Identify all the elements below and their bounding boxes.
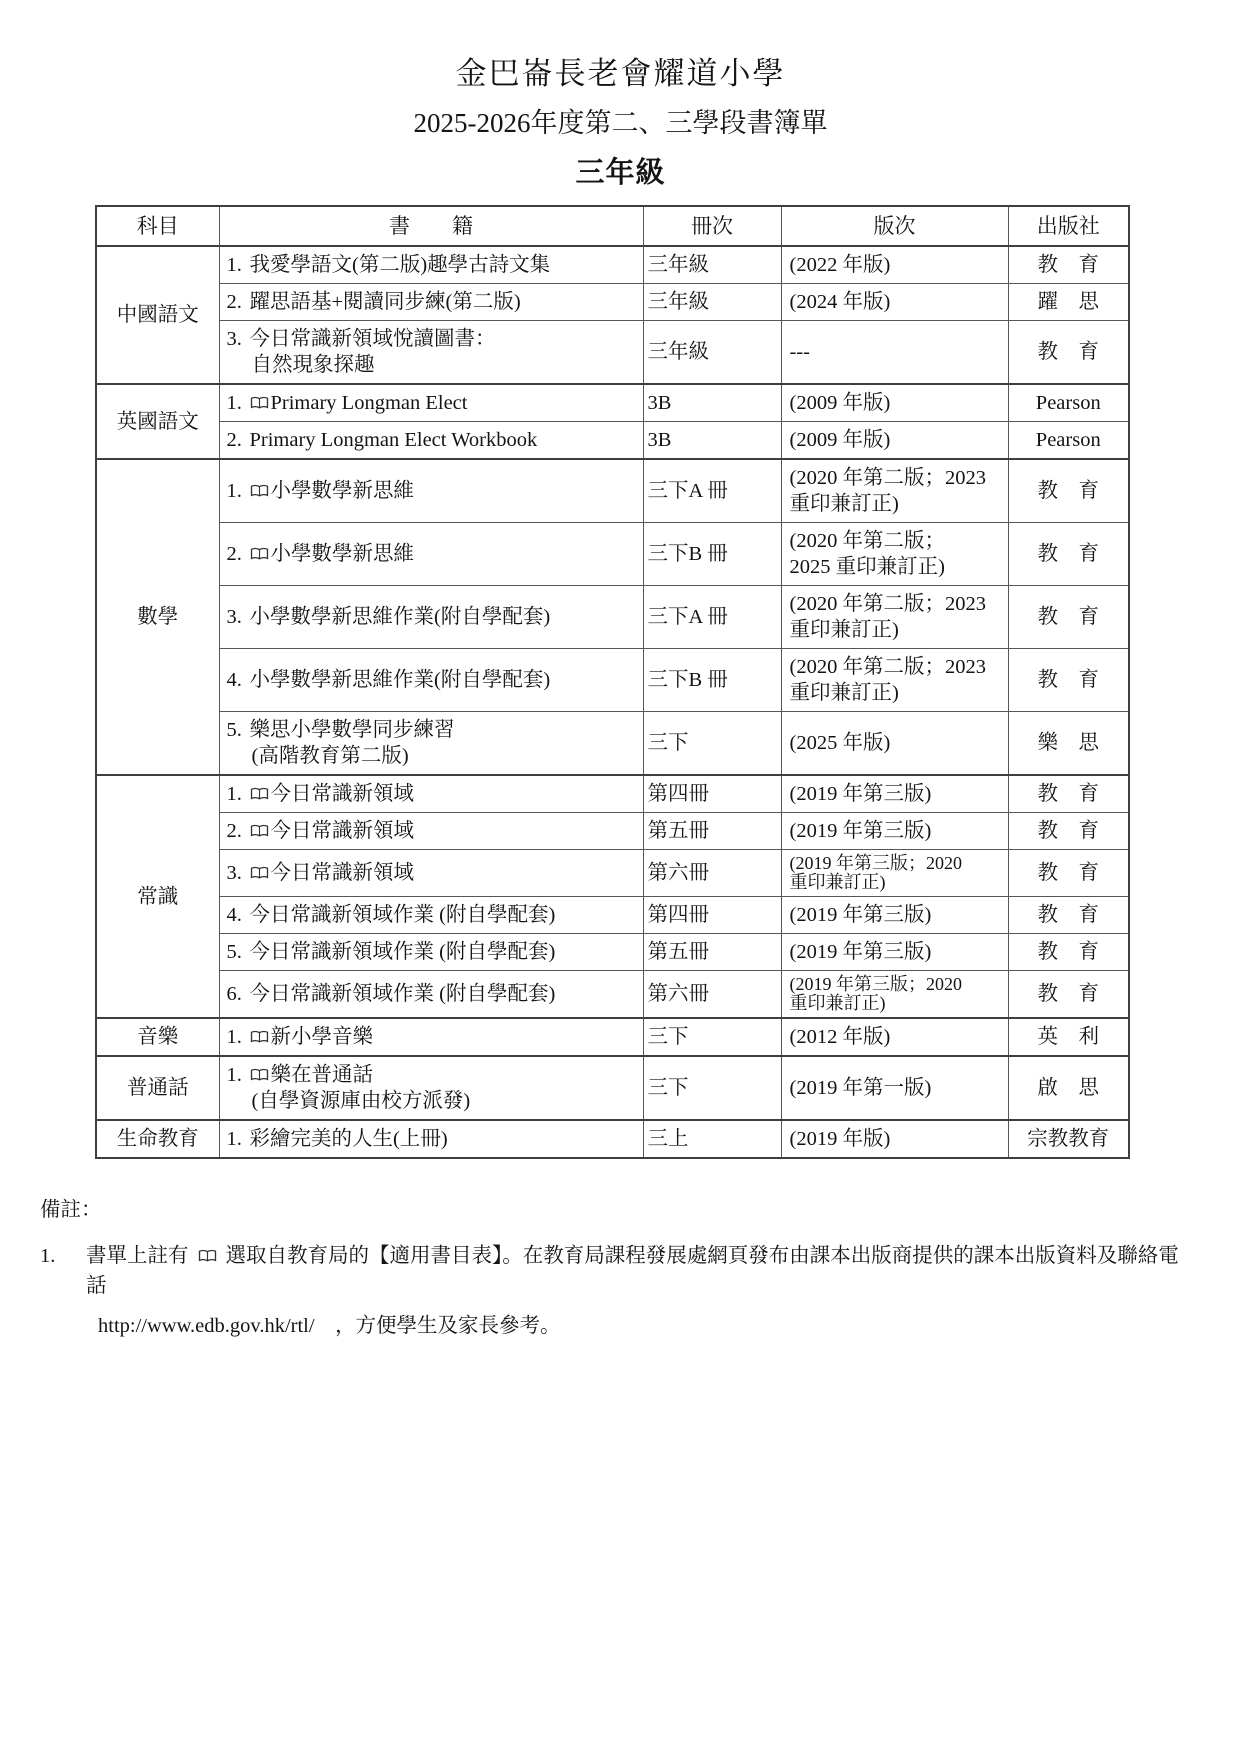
document-subtitle: 2025-2026年度第二、三學段書簿單: [0, 101, 1241, 140]
publisher-cell: 躍 思: [1008, 284, 1129, 321]
subject-cell: 數學: [96, 459, 219, 775]
publisher-cell: Pearson: [1008, 422, 1129, 460]
volume-cell: 3B: [643, 384, 781, 422]
edition-cell: (2020 年第二版；2023重印兼訂正): [781, 459, 1008, 523]
publisher-cell: 教 育: [1008, 459, 1129, 523]
book-cell: 4.小學數學新思維作業(附自學配套): [219, 649, 643, 712]
volume-cell: 三年級: [643, 246, 781, 284]
table-row: 6.今日常識新領域作業 (附自學配套) 第六冊 (2019 年第三版；2020重…: [96, 971, 1129, 1019]
book-number: 2.: [227, 818, 250, 844]
book-cell: 2.小學數學新思維: [219, 523, 643, 586]
table-row: 生命教育 1.彩繪完美的人生(上冊) 三上 (2019 年版) 宗教教育: [96, 1120, 1129, 1158]
publisher-cell: 教 育: [1008, 775, 1129, 813]
note-item-1: 1. 書單上註有選取自教育局的【適用書目表】。在教育局課程發展處網頁發布由課本出…: [40, 1241, 1181, 1341]
header-edition: 版次: [781, 206, 1008, 246]
publisher-cell: Pearson: [1008, 384, 1129, 422]
book-title: 樂思小學數學同步練習: [250, 719, 455, 741]
publisher-cell: 樂 思: [1008, 712, 1129, 776]
book-cell: 2.躍思語基+閱讀同步練(第二版): [219, 284, 643, 321]
note-line2: http://www.edb.gov.hk/rtl/ ，方便學生及家長參考。: [98, 1311, 1181, 1341]
book-number: 4.: [227, 667, 250, 693]
table-row: 中國語文 1.我愛學語文(第二版)趣學古詩文集 三年級 (2022 年版) 教 …: [96, 246, 1129, 284]
book-number: 5.: [227, 939, 250, 965]
book-cell: 1.小學數學新思維: [219, 459, 643, 523]
edb-url: http://www.edb.gov.hk/rtl/: [98, 1315, 315, 1337]
publisher-cell: 英 利: [1008, 1018, 1129, 1056]
header-volume: 冊次: [643, 206, 781, 246]
book-title: Primary Longman Elect: [271, 392, 468, 414]
book-cell: 5.樂思小學數學同步練習(高階教育第二版): [219, 712, 643, 776]
table-row: 5.樂思小學數學同步練習(高階教育第二版) 三下 (2025 年版) 樂 思: [96, 712, 1129, 776]
publisher-cell: 教 育: [1008, 586, 1129, 649]
edition-cell: (2019 年版): [781, 1120, 1008, 1158]
subject-cell: 中國語文: [96, 246, 219, 384]
table-row: 4.小學數學新思維作業(附自學配套) 三下B 冊 (2020 年第二版；2023…: [96, 649, 1129, 712]
header-subject: 科目: [96, 206, 219, 246]
book-cell: 1.Primary Longman Elect: [219, 384, 643, 422]
book-title: 今日常識新領域悅讀圖書：: [250, 328, 496, 350]
volume-cell: 三上: [643, 1120, 781, 1158]
notes-label: 備註：: [40, 1195, 1181, 1225]
publisher-cell: 教 育: [1008, 523, 1129, 586]
volume-cell: 三下A 冊: [643, 586, 781, 649]
table-header-row: 科目 書 籍 冊次 版次 出版社: [96, 206, 1129, 246]
book-title: 彩繪完美的人生(上冊): [250, 1128, 448, 1150]
edb-book-icon: [250, 1068, 269, 1082]
book-cell: 3.今日常識新領域: [219, 850, 643, 897]
edition-cell: (2024 年版): [781, 284, 1008, 321]
book-cell: 4.今日常識新領域作業 (附自學配套): [219, 897, 643, 934]
volume-cell: 三年級: [643, 321, 781, 385]
volume-cell: 三下B 冊: [643, 649, 781, 712]
volume-cell: 第五冊: [643, 934, 781, 971]
edition-cell: (2019 年第一版): [781, 1056, 1008, 1120]
publisher-cell: 教 育: [1008, 649, 1129, 712]
table-row: 英國語文 1.Primary Longman Elect 3B (2009 年版…: [96, 384, 1129, 422]
volume-cell: 第四冊: [643, 775, 781, 813]
book-number: 6.: [227, 981, 250, 1007]
book-title: 樂在普通話: [271, 1064, 374, 1086]
book-title: 今日常識新領域: [271, 820, 415, 842]
book-title: 今日常識新領域: [271, 783, 415, 805]
table-row: 5.今日常識新領域作業 (附自學配套) 第五冊 (2019 年第三版) 教 育: [96, 934, 1129, 971]
publisher-cell: 教 育: [1008, 971, 1129, 1019]
table-row: 2.Primary Longman Elect Workbook 3B (200…: [96, 422, 1129, 460]
title-block: 金巴崙長老會耀道小學 2025-2026年度第二、三學段書簿單 三年級: [0, 0, 1241, 191]
book-title: 小學數學新思維作業(附自學配套): [250, 669, 551, 691]
table-row: 常識 1.今日常識新領域 第四冊 (2019 年第三版) 教 育: [96, 775, 1129, 813]
note-text: 書單上註有選取自教育局的【適用書目表】。在教育局課程發展處網頁發布由課本出版商提…: [86, 1241, 1181, 1341]
edition-cell: (2019 年第三版；2020重印兼訂正): [781, 971, 1008, 1019]
edition-cell: (2025 年版): [781, 712, 1008, 776]
book-title: 我愛學語文(第二版)趣學古詩文集: [250, 254, 551, 276]
book-title-line2: 自然現象探趣: [252, 352, 637, 378]
book-cell: 3.小學數學新思維作業(附自學配套): [219, 586, 643, 649]
publisher-cell: 教 育: [1008, 246, 1129, 284]
edition-cell: ---: [781, 321, 1008, 385]
book-title: 小學數學新思維: [271, 480, 415, 502]
table-row: 3.今日常識新領域 第六冊 (2019 年第三版；2020重印兼訂正) 教 育: [96, 850, 1129, 897]
edb-book-icon: [250, 1030, 269, 1044]
header-publisher: 出版社: [1008, 206, 1129, 246]
publisher-cell: 教 育: [1008, 321, 1129, 385]
book-title: 小學數學新思維作業(附自學配套): [250, 606, 551, 628]
publisher-cell: 教 育: [1008, 813, 1129, 850]
edition-cell: (2019 年第三版): [781, 813, 1008, 850]
book-cell: 2.今日常識新領域: [219, 813, 643, 850]
table-row: 2.小學數學新思維 三下B 冊 (2020 年第二版；2025 重印兼訂正) 教…: [96, 523, 1129, 586]
note-number: 1.: [40, 1241, 86, 1341]
book-title: 今日常識新領域作業 (附自學配套): [250, 983, 556, 1005]
edb-book-icon: [250, 396, 269, 410]
notes-section: 備註： 1. 書單上註有選取自教育局的【適用書目表】。在教育局課程發展處網頁發布…: [40, 1195, 1181, 1341]
book-cell: 1.今日常識新領域: [219, 775, 643, 813]
volume-cell: 三下: [643, 712, 781, 776]
book-cell: 1.我愛學語文(第二版)趣學古詩文集: [219, 246, 643, 284]
volume-cell: 三下A 冊: [643, 459, 781, 523]
book-cell: 3.今日常識新領域悅讀圖書：自然現象探趣: [219, 321, 643, 385]
edition-cell: (2022 年版): [781, 246, 1008, 284]
edition-cell: (2009 年版): [781, 384, 1008, 422]
grade-title: 三年級: [0, 150, 1241, 191]
volume-cell: 三下: [643, 1018, 781, 1056]
book-title: 今日常識新領域作業 (附自學配套): [250, 904, 556, 926]
book-title: 新小學音樂: [271, 1026, 374, 1048]
book-number: 1.: [227, 1062, 250, 1088]
edb-book-icon: [250, 866, 269, 880]
volume-cell: 三年級: [643, 284, 781, 321]
book-title-line2: (高階教育第二版): [252, 743, 637, 769]
book-cell: 6.今日常識新領域作業 (附自學配套): [219, 971, 643, 1019]
edition-cell: (2020 年第二版；2023重印兼訂正): [781, 649, 1008, 712]
book-number: 4.: [227, 902, 250, 928]
volume-cell: 三下: [643, 1056, 781, 1120]
volume-cell: 第四冊: [643, 897, 781, 934]
volume-cell: 第六冊: [643, 971, 781, 1019]
edition-cell: (2020 年第二版；2023重印兼訂正): [781, 586, 1008, 649]
book-cell: 1.樂在普通話(自學資源庫由校方派發): [219, 1056, 643, 1120]
table-row: 4.今日常識新領域作業 (附自學配套) 第四冊 (2019 年第三版) 教 育: [96, 897, 1129, 934]
book-cell: 5.今日常識新領域作業 (附自學配套): [219, 934, 643, 971]
edition-cell: (2012 年版): [781, 1018, 1008, 1056]
edition-cell: (2009 年版): [781, 422, 1008, 460]
book-number: 2.: [227, 427, 250, 453]
edition-cell: (2019 年第三版): [781, 897, 1008, 934]
book-title: 躍思語基+閱讀同步練(第二版): [250, 291, 521, 313]
book-title: 今日常識新領域作業 (附自學配套): [250, 941, 556, 963]
volume-cell: 第五冊: [643, 813, 781, 850]
booklist-table: 科目 書 籍 冊次 版次 出版社 中國語文 1.我愛學語文(第二版)趣學古詩文集…: [95, 205, 1130, 1159]
subject-cell: 普通話: [96, 1056, 219, 1120]
book-number: 1.: [227, 252, 250, 278]
subject-cell: 常識: [96, 775, 219, 1018]
edition-cell: (2020 年第二版；2025 重印兼訂正): [781, 523, 1008, 586]
edition-cell: (2019 年第三版): [781, 934, 1008, 971]
booklist-page: 金巴崙長老會耀道小學 2025-2026年度第二、三學段書簿單 三年級 科目 書…: [0, 0, 1241, 1755]
book-cell: 2.Primary Longman Elect Workbook: [219, 422, 643, 460]
publisher-cell: 宗教教育: [1008, 1120, 1129, 1158]
book-number: 3.: [227, 604, 250, 630]
book-cell: 1.彩繪完美的人生(上冊): [219, 1120, 643, 1158]
book-cell: 1.新小學音樂: [219, 1018, 643, 1056]
book-number: 1.: [227, 781, 250, 807]
book-title-line2: (自學資源庫由校方派發): [252, 1088, 637, 1114]
table-row: 數學 1.小學數學新思維 三下A 冊 (2020 年第二版；2023重印兼訂正)…: [96, 459, 1129, 523]
publisher-cell: 教 育: [1008, 934, 1129, 971]
volume-cell: 三下B 冊: [643, 523, 781, 586]
book-title: 小學數學新思維: [271, 543, 415, 565]
table-row: 3.今日常識新領域悅讀圖書：自然現象探趣 三年級 --- 教 育: [96, 321, 1129, 385]
edb-book-icon: [250, 824, 269, 838]
book-number: 3.: [227, 860, 250, 886]
subject-cell: 音樂: [96, 1018, 219, 1056]
subject-cell: 生命教育: [96, 1120, 219, 1158]
book-number: 1.: [227, 390, 250, 416]
publisher-cell: 教 育: [1008, 850, 1129, 897]
book-number: 2.: [227, 289, 250, 315]
book-number: 3.: [227, 326, 250, 352]
table-row: 3.小學數學新思維作業(附自學配套) 三下A 冊 (2020 年第二版；2023…: [96, 586, 1129, 649]
publisher-cell: 啟 思: [1008, 1056, 1129, 1120]
header-book: 書 籍: [219, 206, 643, 246]
edb-book-icon: [250, 484, 269, 498]
book-number: 5.: [227, 717, 250, 743]
table-row: 音樂 1.新小學音樂 三下 (2012 年版) 英 利: [96, 1018, 1129, 1056]
book-number: 2.: [227, 541, 250, 567]
subject-cell: 英國語文: [96, 384, 219, 459]
table-row: 普通話 1.樂在普通話(自學資源庫由校方派發) 三下 (2019 年第一版) 啟…: [96, 1056, 1129, 1120]
volume-cell: 3B: [643, 422, 781, 460]
book-number: 1.: [227, 1126, 250, 1152]
edb-book-icon: [250, 787, 269, 801]
table-row: 2.躍思語基+閱讀同步練(第二版) 三年級 (2024 年版) 躍 思: [96, 284, 1129, 321]
edition-cell: (2019 年第三版): [781, 775, 1008, 813]
table-row: 2.今日常識新領域 第五冊 (2019 年第三版) 教 育: [96, 813, 1129, 850]
book-number: 1.: [227, 478, 250, 504]
edition-cell: (2019 年第三版；2020重印兼訂正): [781, 850, 1008, 897]
edb-book-icon: [250, 547, 269, 561]
edb-book-icon: [198, 1249, 217, 1263]
book-number: 1.: [227, 1024, 250, 1050]
book-title: 今日常識新領域: [271, 862, 415, 884]
school-name: 金巴崙長老會耀道小學: [0, 48, 1241, 93]
publisher-cell: 教 育: [1008, 897, 1129, 934]
book-title: Primary Longman Elect Workbook: [250, 429, 538, 451]
volume-cell: 第六冊: [643, 850, 781, 897]
